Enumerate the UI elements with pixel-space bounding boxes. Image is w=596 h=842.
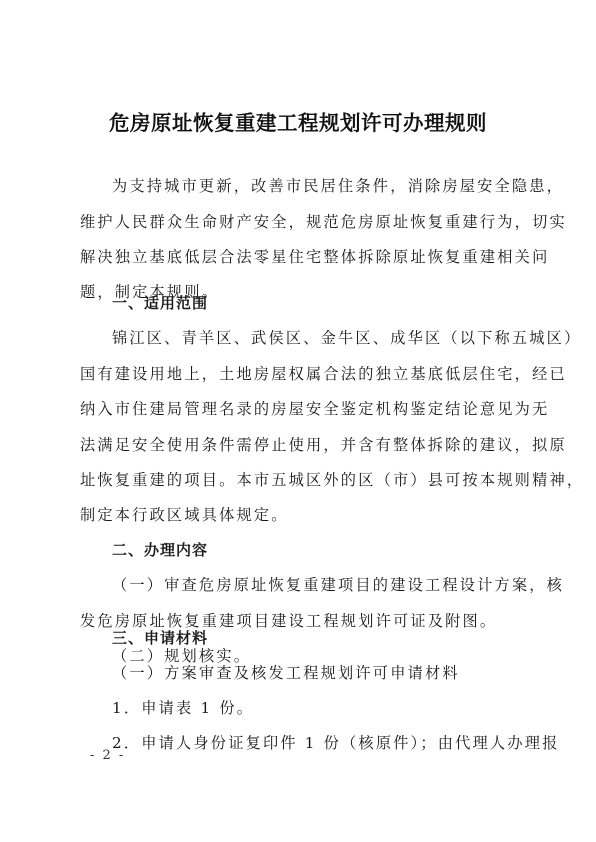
paragraph-line: 2．申请人身份证复印件 1 份（核原件）；由代理人办理报: [112, 733, 552, 753]
paragraph-line: 维护人民群众生命财产安全，规范危房原址恢复重建行为，切实: [80, 212, 520, 232]
paragraph-line: 为支持城市更新，改善市民居住条件，消除房屋安全隐患，: [112, 176, 552, 196]
section-heading: 三、申请材料: [112, 628, 552, 648]
paragraph-line: 制定本行政区域具体规定。: [80, 505, 520, 525]
document-title: 危房原址恢复重建工程规划许可办理规则: [0, 106, 596, 136]
paragraph-line: 锦江区、青羊区、武侯区、金牛区、成华区（以下称五城区）: [112, 328, 552, 348]
paragraph-line: （一）审查危房原址恢复重建项目的建设工程设计方案，核: [112, 575, 552, 595]
paragraph-line: 址恢复重建的项目。本市五城区外的区（市）县可按本规则精神，: [80, 470, 520, 490]
section-heading: 一、适用范围: [112, 293, 552, 313]
paragraph-line: 解决独立基底低层合法零星住宅整体拆除原址恢复重建相关问: [80, 247, 520, 267]
paragraph-line: 1．申请表 1 份。: [112, 698, 552, 718]
paragraph-line: 法满足安全使用条件需停止使用，并含有整体拆除的建议，拟原: [80, 435, 520, 455]
paragraph-line: 国有建设用地上，土地房屋权属合法的独立基底低层住宅，经已: [80, 364, 520, 384]
paragraph-line: （一）方案审查及核发工程规划许可申请材料: [112, 663, 552, 683]
section-heading: 二、办理内容: [112, 540, 552, 560]
page-number: - 2 -: [90, 748, 125, 763]
paragraph-line: 纳入市住建局管理名录的房屋安全鉴定机构鉴定结论意见为无: [80, 399, 520, 419]
